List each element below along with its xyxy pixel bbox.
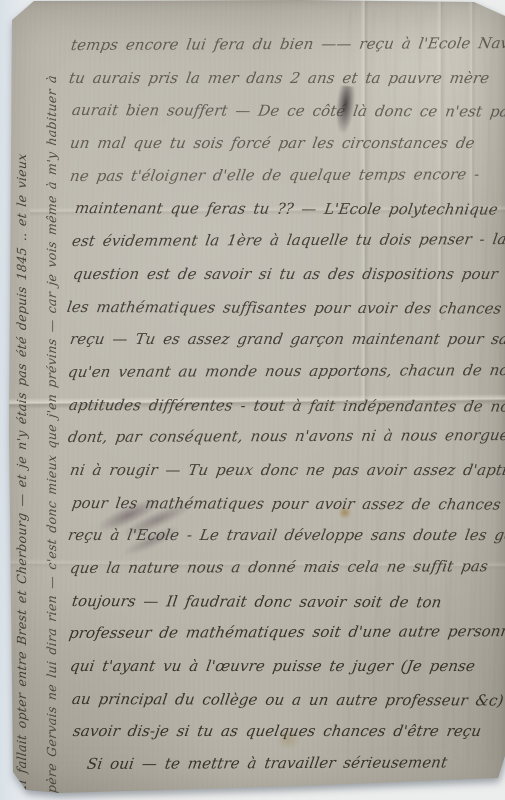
handwriting-line: ni à rougir — Tu peux donc ne pas avoir … bbox=[63, 461, 505, 494]
handwriting-line: les mathématiques suffisantes pour avoir… bbox=[64, 298, 505, 332]
handwriting-line: qu'en venant au monde nous apportons, ch… bbox=[63, 361, 505, 396]
margin-note-inner: père Gervais ne lui dira rien — c'est do… bbox=[44, 74, 59, 794]
letter-body-text: temps encore lui fera du bien —— reçu à … bbox=[66, 36, 504, 788]
margin-note-outer: Il fallait opter entre Brest et Cherbour… bbox=[14, 152, 29, 789]
handwriting-line: maintenant que feras tu ?? — L'Ecole pol… bbox=[64, 199, 505, 233]
handwriting-line: pour les mathématiques pour avoir assez … bbox=[64, 494, 505, 528]
handwriting-line: professeur de mathématiques soit d'une a… bbox=[63, 622, 505, 657]
handwriting-line: que la nature nous a donné mais cela ne … bbox=[63, 557, 505, 592]
handwriting-line: est évidemment la 1ère à laquelle tu doi… bbox=[63, 230, 505, 265]
handwriting-line: au principal du collège ou a un autre pr… bbox=[64, 690, 505, 724]
handwriting-line: savoir dis-je si tu as quelques chances … bbox=[63, 722, 505, 755]
handwriting-line: question est de savoir si tu as des disp… bbox=[63, 265, 505, 298]
handwriting-line: reçu — Tu es assez grand garçon maintena… bbox=[63, 330, 505, 363]
handwriting-line: qui t'ayant vu à l'œuvre puisse te juger… bbox=[63, 657, 505, 690]
handwriting-line: Si oui — te mettre à travailler sérieuse… bbox=[63, 753, 505, 788]
handwriting-line: dont, par conséquent, nous n'avons ni à … bbox=[63, 426, 505, 461]
handwriting-line: temps encore lui fera du bien —— reçu à … bbox=[63, 34, 505, 69]
scanned-letter: Il fallait opter entre Brest et Cherbour… bbox=[0, 0, 505, 800]
handwriting-line: toujours — Il faudrait donc savoir soit … bbox=[64, 592, 505, 626]
paper-shadow-wrap: Il fallait opter entre Brest et Cherbour… bbox=[0, 0, 505, 800]
handwriting-line: tu aurais pris la mer dans 2 ans et ta p… bbox=[63, 69, 505, 102]
handwriting-line: reçu à l'Ecole - Le travail développe sa… bbox=[63, 526, 505, 559]
handwriting-line: aurait bien souffert — De ce côté là don… bbox=[64, 101, 505, 135]
handwriting-line: aptitudes différentes - tout à fait indé… bbox=[64, 396, 505, 430]
handwriting-line: ne pas t'éloigner d'elle de quelque temp… bbox=[63, 165, 505, 200]
handwriting-line: un mal que tu sois forcé par les circons… bbox=[63, 134, 505, 167]
letter-page: Il fallait opter entre Brest et Cherbour… bbox=[0, 0, 505, 800]
